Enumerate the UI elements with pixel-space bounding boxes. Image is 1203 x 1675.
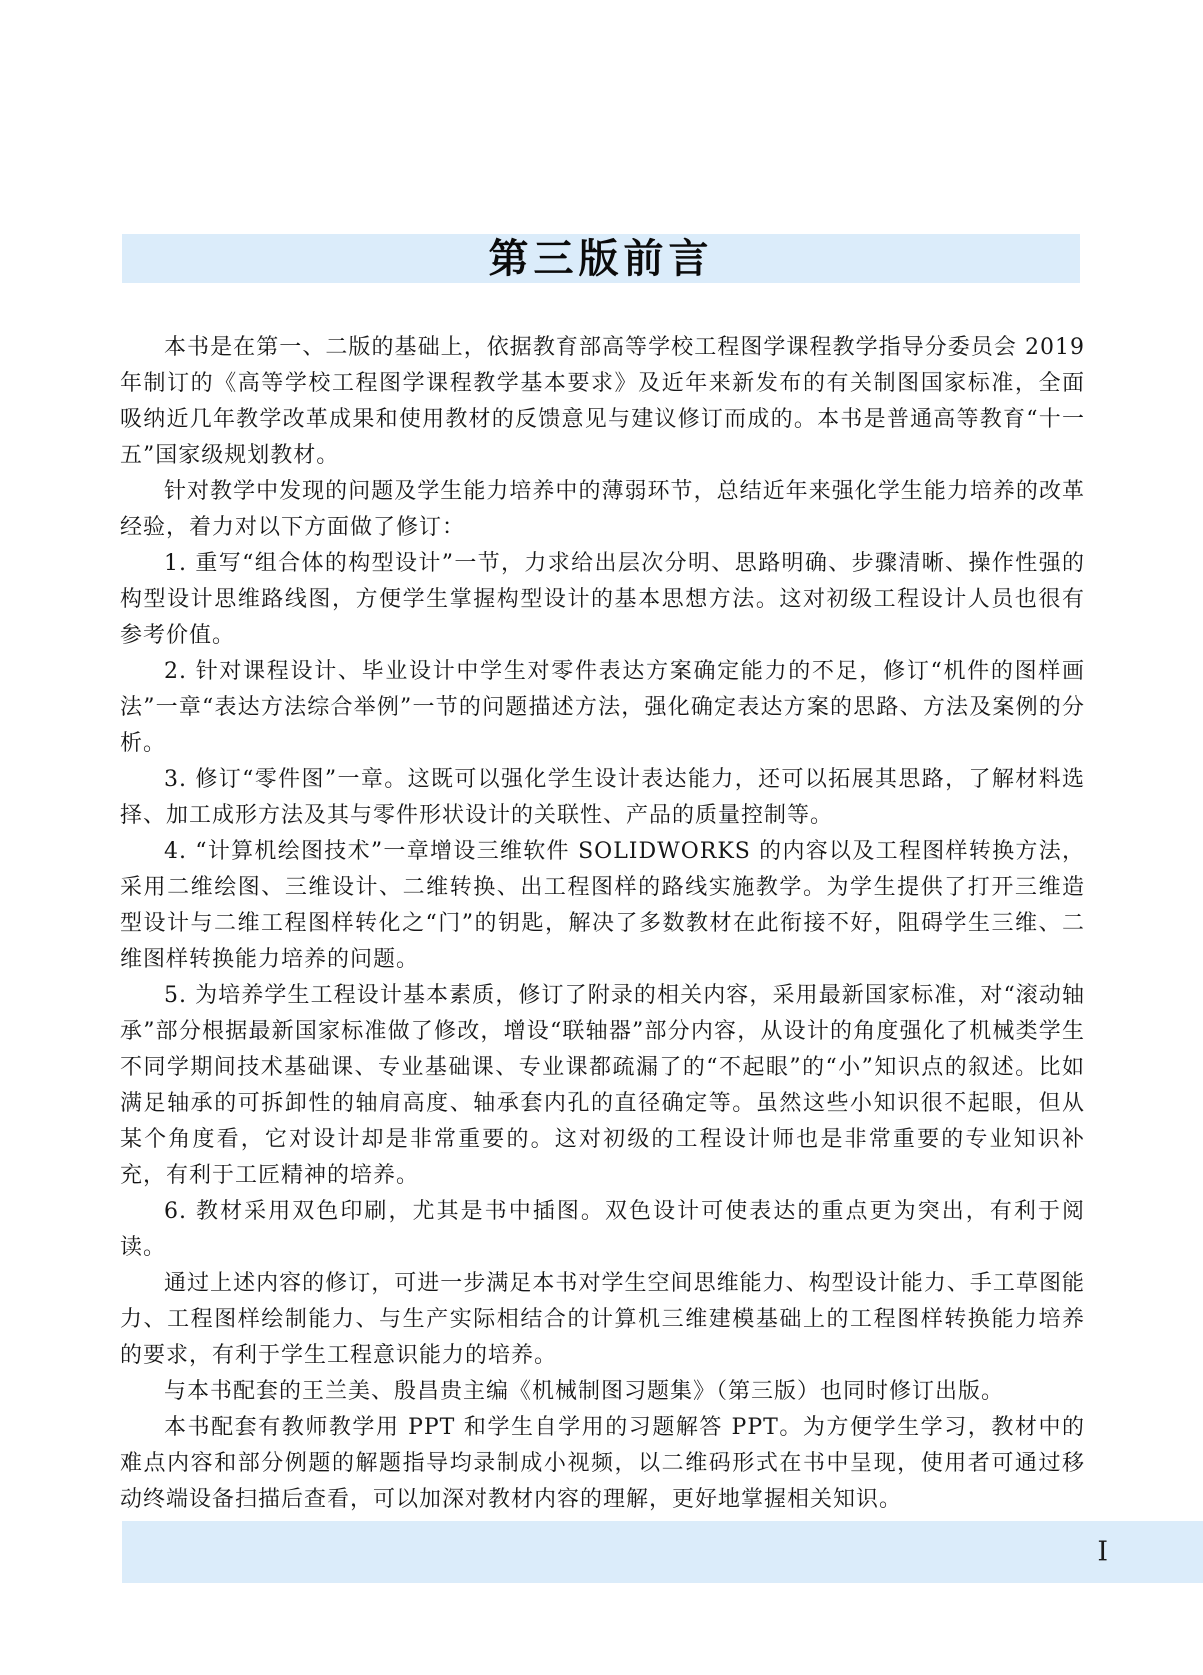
paragraph: 与本书配套的王兰美、殷昌贵主编《机械制图习题集》（第三版）也同时修订出版。 <box>120 1374 1085 1410</box>
paragraph: 3. 修订“零件图”一章。这既可以强化学生设计表达能力，还可以拓展其思路，了解材… <box>120 762 1085 834</box>
title-banner: 第三版前言 <box>122 234 1080 283</box>
preface-body: 本书是在第一、二版的基础上，依据教育部高等学校工程图学课程教学指导分委员会 20… <box>120 330 1085 1554</box>
page-number: I <box>1097 1537 1108 1568</box>
paragraph: 1. 重写“组合体的构型设计”一节，力求给出层次分明、思路明确、步骤清晰、操作性… <box>120 546 1085 654</box>
paragraph: 通过上述内容的修订，可进一步满足本书对学生空间思维能力、构型设计能力、手工草图能… <box>120 1266 1085 1374</box>
paragraph: 本书配套有教师教学用 PPT 和学生自学用的习题解答 PPT。为方便学生学习，教… <box>120 1410 1085 1518</box>
paragraph: 5. 为培养学生工程设计基本素质，修订了附录的相关内容，采用最新国家标准，对“滚… <box>120 978 1085 1194</box>
paragraph: 4. “计算机绘图技术”一章增设三维软件 SOLIDWORKS 的内容以及工程图… <box>120 834 1085 978</box>
paragraph: 本书是在第一、二版的基础上，依据教育部高等学校工程图学课程教学指导分委员会 20… <box>120 330 1085 474</box>
paragraph: 针对教学中发现的问题及学生能力培养中的薄弱环节，总结近年来强化学生能力培养的改革… <box>120 474 1085 546</box>
paragraph: 6. 教材采用双色印刷，尤其是书中插图。双色设计可使表达的重点更为突出，有利于阅… <box>120 1194 1085 1266</box>
footer-bar: I <box>122 1521 1203 1583</box>
document-page: 第三版前言 本书是在第一、二版的基础上，依据教育部高等学校工程图学课程教学指导分… <box>0 0 1203 1675</box>
page-title: 第三版前言 <box>489 239 714 279</box>
paragraph: 2. 针对课程设计、毕业设计中学生对零件表达方案确定能力的不足，修订“机件的图样… <box>120 654 1085 762</box>
